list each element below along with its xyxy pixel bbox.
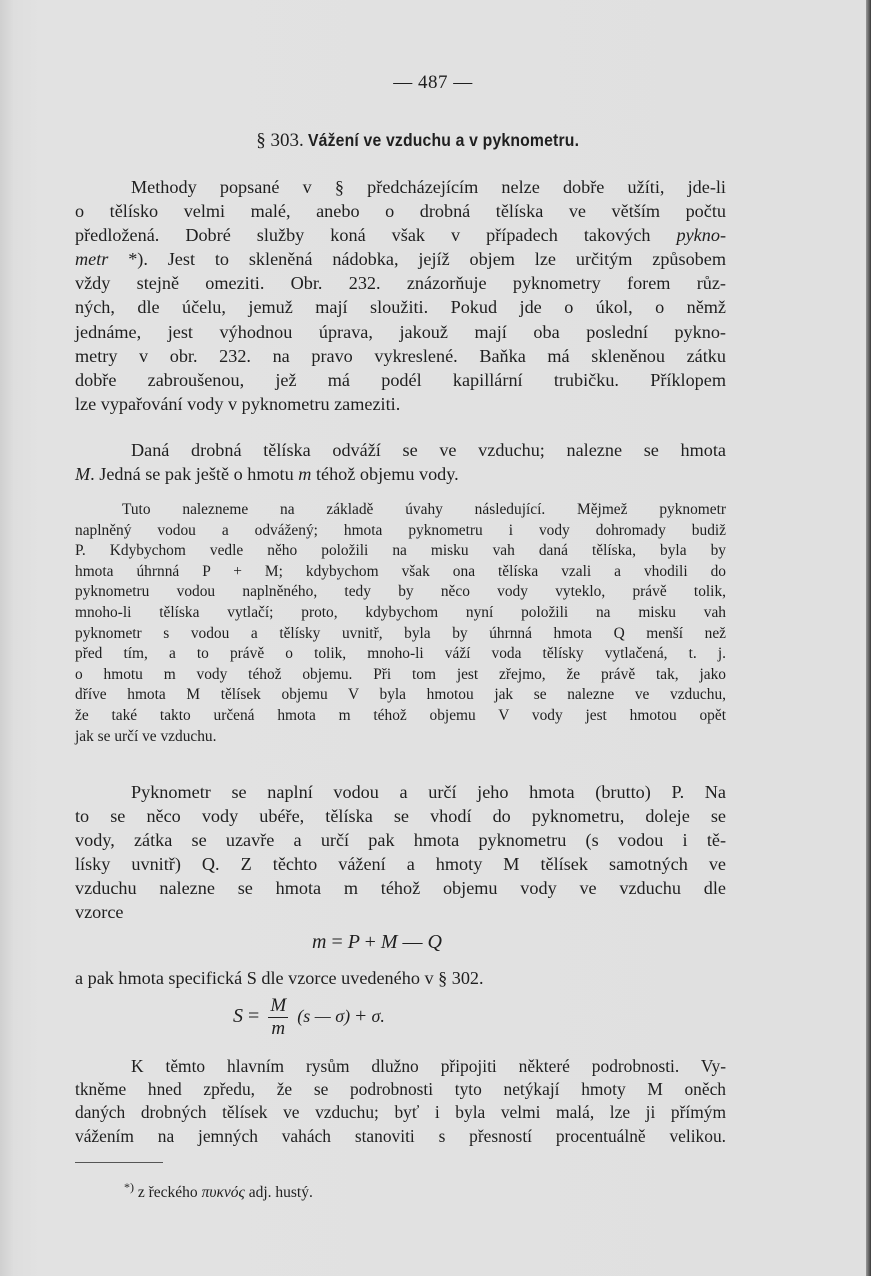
fraction: M m <box>268 996 288 1039</box>
text-fragment: *). Jest to skleněná nádobka, jejíž obje… <box>108 249 726 269</box>
formula-operator: = <box>248 1005 259 1027</box>
text-line: vody, zátka se uzavře a určí pak hmota p… <box>75 828 726 852</box>
formula-term: σ. <box>371 1006 384 1026</box>
page-number: — 487 — <box>0 72 866 94</box>
text-line: pyknometru vodou naplněného, tedy by něc… <box>75 582 726 603</box>
section-title: Vážení ve vzduchu a v pyknometru. <box>308 130 579 151</box>
formula-operator: — <box>403 931 423 953</box>
text-line: vážením na jemných vahách stanoviti s př… <box>75 1125 726 1148</box>
paragraph-details: K těmto hlavním rysům dlužno připojiti n… <box>75 1055 726 1148</box>
text-line: vzorce <box>75 900 726 924</box>
formula-mass: m = P + M — Q <box>312 931 442 954</box>
footnote-text: z řeckého <box>134 1184 202 1201</box>
text-line: dobře zabroušenou, jež má podél kapillár… <box>75 368 726 392</box>
text-line: P. Kdybychom vedle něho položili na misk… <box>75 541 726 562</box>
text-line: před tím, a to právě o tolik, mnoho-li v… <box>75 644 726 665</box>
text-line: o tělísko velmi malé, anebo o drobná těl… <box>75 199 726 223</box>
paragraph-procedure: Pyknometr se naplní vodou a určí jeho hm… <box>75 780 726 925</box>
text-line: Tuto nalezneme na základě úvahy následuj… <box>75 500 726 521</box>
text-line: ných, dle účelu, jemuž mají sloužiti. Po… <box>75 295 726 319</box>
variable-m: m <box>298 464 311 484</box>
text-line: Daná drobná tělíska odváží se ve vzduchu… <box>75 438 726 462</box>
text-fragment: předložená. Dobré služby koná však v pří… <box>75 225 677 245</box>
text-line: dříve hmota M tělísek objemu V byla hmot… <box>75 685 726 706</box>
text-line: a pak hmota specifická S dle vzorce uved… <box>75 966 726 990</box>
paragraph-specific-mass: a pak hmota specifická S dle vzorce uved… <box>75 966 726 990</box>
formula-operator: + <box>365 931 376 953</box>
paragraph-mass: Daná drobná tělíska odváží se ve vzduchu… <box>75 438 726 486</box>
text-line: tkněme hned zpředu, že se podrobnosti ty… <box>75 1078 726 1101</box>
paragraph-intro: Methody popsané v § předcházejícím nelze… <box>75 175 726 416</box>
text-line: metry v obr. 232. na pravo vykreslené. B… <box>75 344 726 368</box>
footnote-text: adj. hustý. <box>245 1184 313 1201</box>
text-line: Pyknometr se naplní vodou a určí jeho hm… <box>75 780 726 804</box>
formula-operator: + <box>355 1005 366 1027</box>
formula-term: S <box>233 1005 243 1027</box>
text-line: mnoho-li tělíska vytlačí; proto, kdybych… <box>75 603 726 624</box>
text-line: že také takto určená hmota m téhož objem… <box>75 706 726 727</box>
text-line: M. Jedná se pak ještě o hmotu m téhož ob… <box>75 462 726 486</box>
greek-word: πυκνός <box>202 1184 245 1201</box>
text-line: o hmotu m vody téhož objemu. Při tom jes… <box>75 665 726 686</box>
text-line: jak se určí ve vzduchu. <box>75 727 726 748</box>
section-number: § 303. <box>256 130 304 151</box>
text-fragment: . Jedná se pak ještě o hmotu <box>90 464 298 484</box>
formula-term: (s — σ) <box>297 1006 350 1026</box>
footnote-rule <box>75 1162 163 1163</box>
text-line: naplněný vodou a odvážený; hmota pyknome… <box>75 521 726 542</box>
text-line: předložená. Dobré služby koná však v pří… <box>75 223 726 247</box>
formula-term: P <box>348 931 360 953</box>
text-line: Methody popsané v § předcházejícím nelze… <box>75 175 726 199</box>
text-line: K těmto hlavním rysům dlužno připojiti n… <box>75 1055 726 1078</box>
scanned-page: — 487 — § 303. Vážení ve vzduchu a v pyk… <box>0 0 866 1276</box>
fraction-denominator: m <box>268 1019 288 1039</box>
footnote-marker: *) <box>124 1180 134 1194</box>
formula-specific-mass: S = M m (s — σ) + σ. <box>233 996 385 1039</box>
text-line: to se něco vody ubéře, tělíska se vhodí … <box>75 804 726 828</box>
formula-term: m <box>312 931 326 953</box>
text-line: lze vypařování vody v pyknometru zamezit… <box>75 392 726 416</box>
term-pyknometr: pykno- <box>677 225 726 245</box>
paragraph-small-print: Tuto nalezneme na základě úvahy následuj… <box>75 500 726 747</box>
variable-M: M <box>75 464 90 484</box>
text-line: pyknometr s vodou a tělísky uvnitř, byla… <box>75 624 726 645</box>
formula-operator: = <box>331 931 342 953</box>
text-line: hmota úhrnná P + M; kdybychom však ona t… <box>75 562 726 583</box>
text-line: jednáme, jest výhodnou úprava, jakouž ma… <box>75 320 726 344</box>
text-line: lísky uvnitř) Q. Z těchto vážení a hmoty… <box>75 852 726 876</box>
text-line: daných drobných tělísek ve vzduchu; byť … <box>75 1101 726 1124</box>
fraction-numerator: M <box>268 996 288 1016</box>
section-heading: § 303. Vážení ve vzduchu a v pyknometru. <box>0 130 866 152</box>
page-edge-shadow <box>866 0 871 1276</box>
text-line: metr *). Jest to skleněná nádobka, jejíž… <box>75 247 726 271</box>
text-line: vždy stejně omeziti. Obr. 232. znázorňuj… <box>75 271 726 295</box>
formula-term: M <box>381 931 398 953</box>
formula-term: Q <box>428 931 442 953</box>
footnote: *) z řeckého πυκνός adj. hustý. <box>124 1180 313 1202</box>
term-pyknometr: metr <box>75 249 108 269</box>
text-line: vzduchu nalezne se hmota m téhož objemu … <box>75 876 726 900</box>
text-fragment: téhož objemu vody. <box>311 464 458 484</box>
